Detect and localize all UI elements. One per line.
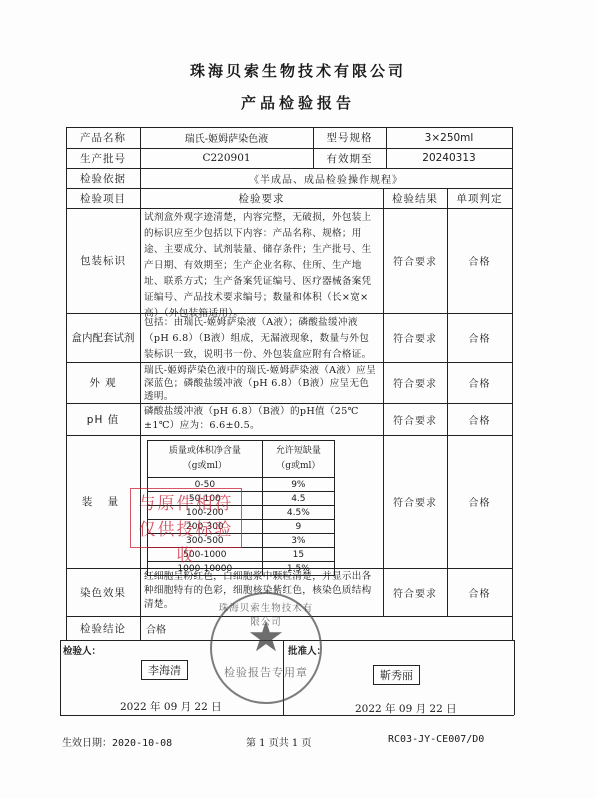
row-result-volume: 符合要求	[383, 435, 447, 568]
inspector-label: 检验人：	[63, 643, 101, 657]
certified-copy-stamp: 与原件相符 仅供投标验收	[130, 488, 242, 548]
row-item-volume: 装 量	[66, 435, 140, 568]
volume-table-header: 质量或体积净含量（g或ml）允许短缺量（g或ml）	[148, 441, 335, 478]
conclusion-label: 检验结论	[66, 616, 140, 640]
col-result: 检验结果	[383, 188, 447, 208]
row-requirement-packaging: 试剂盒外观字迹清楚，内容完整，无破损，外包装上的标识应至少包括以下内容：产品名称…	[140, 208, 383, 313]
row-result-packaging: 符合要求	[383, 208, 447, 313]
batch-label: 生产批号	[66, 148, 140, 168]
row-item-packaging: 包装标识	[66, 208, 140, 313]
table-cell: 9	[262, 520, 334, 534]
model-value: 3×250ml	[386, 127, 512, 148]
product-name-label: 产品名称	[66, 127, 140, 148]
row-item-kit: 盒内配套试剂	[66, 313, 140, 362]
row-result-staining: 符合要求	[383, 568, 447, 616]
table-cell: 4.5%	[262, 506, 334, 520]
volume-table-header-cell: 质量或体积净含量（g或ml）	[148, 441, 263, 478]
page-number: 第 1 页共 1 页	[246, 734, 311, 749]
row-requirement-kit: 包括：由瑞氏-姬姆萨染液（A液）；磷酸盐缓冲液（pH 6.8）（B液）组成，无漏…	[140, 313, 383, 362]
report-page: 珠海贝索生物技术有限公司 产品检验报告 产品名称 瑞氏-姬姆萨染色液 型号规格 …	[0, 0, 596, 798]
row-judgement-kit: 合格	[447, 313, 512, 362]
basis-value: 《半成品、成品检验操作规程》	[140, 168, 512, 188]
col-item: 检验项目	[66, 188, 140, 208]
table-cell: 3%	[262, 534, 334, 548]
batch-value: C220901	[140, 148, 313, 168]
expiry-label: 有效期至	[313, 148, 386, 168]
row-result-ph: 符合要求	[383, 403, 447, 435]
report-title: 产品检验报告	[0, 92, 596, 113]
table-cell: 4.5	[262, 492, 334, 506]
company-name: 珠海贝索生物技术有限公司	[0, 60, 596, 81]
row-judgement-packaging: 合格	[447, 208, 512, 313]
row-judgement-staining: 合格	[447, 568, 512, 616]
star-icon: ★	[212, 616, 320, 658]
table-cell: 15	[262, 548, 334, 562]
stamp-line-1: 与原件相符	[131, 491, 241, 517]
inspection-report-seal: 珠海贝索生物技术有限公司 ★ 检验报告专用章	[210, 592, 322, 704]
expiry-value: 20240313	[386, 148, 512, 168]
col-requirement: 检验要求	[140, 188, 383, 208]
row-item-staining: 染色效果	[66, 568, 140, 616]
stamp-line-2: 仅供投标验收	[131, 517, 241, 569]
basis-label: 检验依据	[66, 168, 140, 188]
product-name-value: 瑞氏-姬姆萨染色液	[140, 127, 313, 148]
row-judgement-volume: 合格	[447, 435, 512, 568]
effective-date: 生效日期：2020-10-08	[62, 734, 172, 749]
approver-date: 2022 年 09 月 22 日	[355, 701, 457, 716]
seal-purpose-text: 检验报告专用章	[212, 664, 320, 680]
inspector-name: 李海清	[141, 660, 188, 680]
document-code: RC03-JY-CE007/D0	[388, 734, 484, 745]
row-requirement-ph: 磷酸盐缓冲液（pH 6.8）（B液）的pH值（25℃±1℃）应为：6.6±0.5…	[140, 403, 383, 435]
row-judgement-appearance: 合格	[447, 362, 512, 403]
row-requirement-appearance: 瑞氏-姬姆萨染色液中的瑞氏-姬姆萨染液（A液）应呈深蓝色；磷酸盐缓冲液（pH 6…	[140, 362, 383, 403]
row-result-appearance: 符合要求	[383, 362, 447, 403]
inspector-date: 2022 年 09 月 22 日	[120, 699, 222, 714]
volume-table-header-cell: 允许短缺量（g或ml）	[262, 441, 334, 478]
col-judgement: 单项判定	[447, 188, 512, 208]
table-cell: 9%	[262, 478, 334, 492]
row-item-ph: pH 值	[66, 403, 140, 435]
model-label: 型号规格	[313, 127, 386, 148]
approver-name: 靳秀丽	[373, 665, 420, 685]
row-judgement-ph: 合格	[447, 403, 512, 435]
row-item-appearance: 外 观	[66, 362, 140, 403]
row-result-kit: 符合要求	[383, 313, 447, 362]
